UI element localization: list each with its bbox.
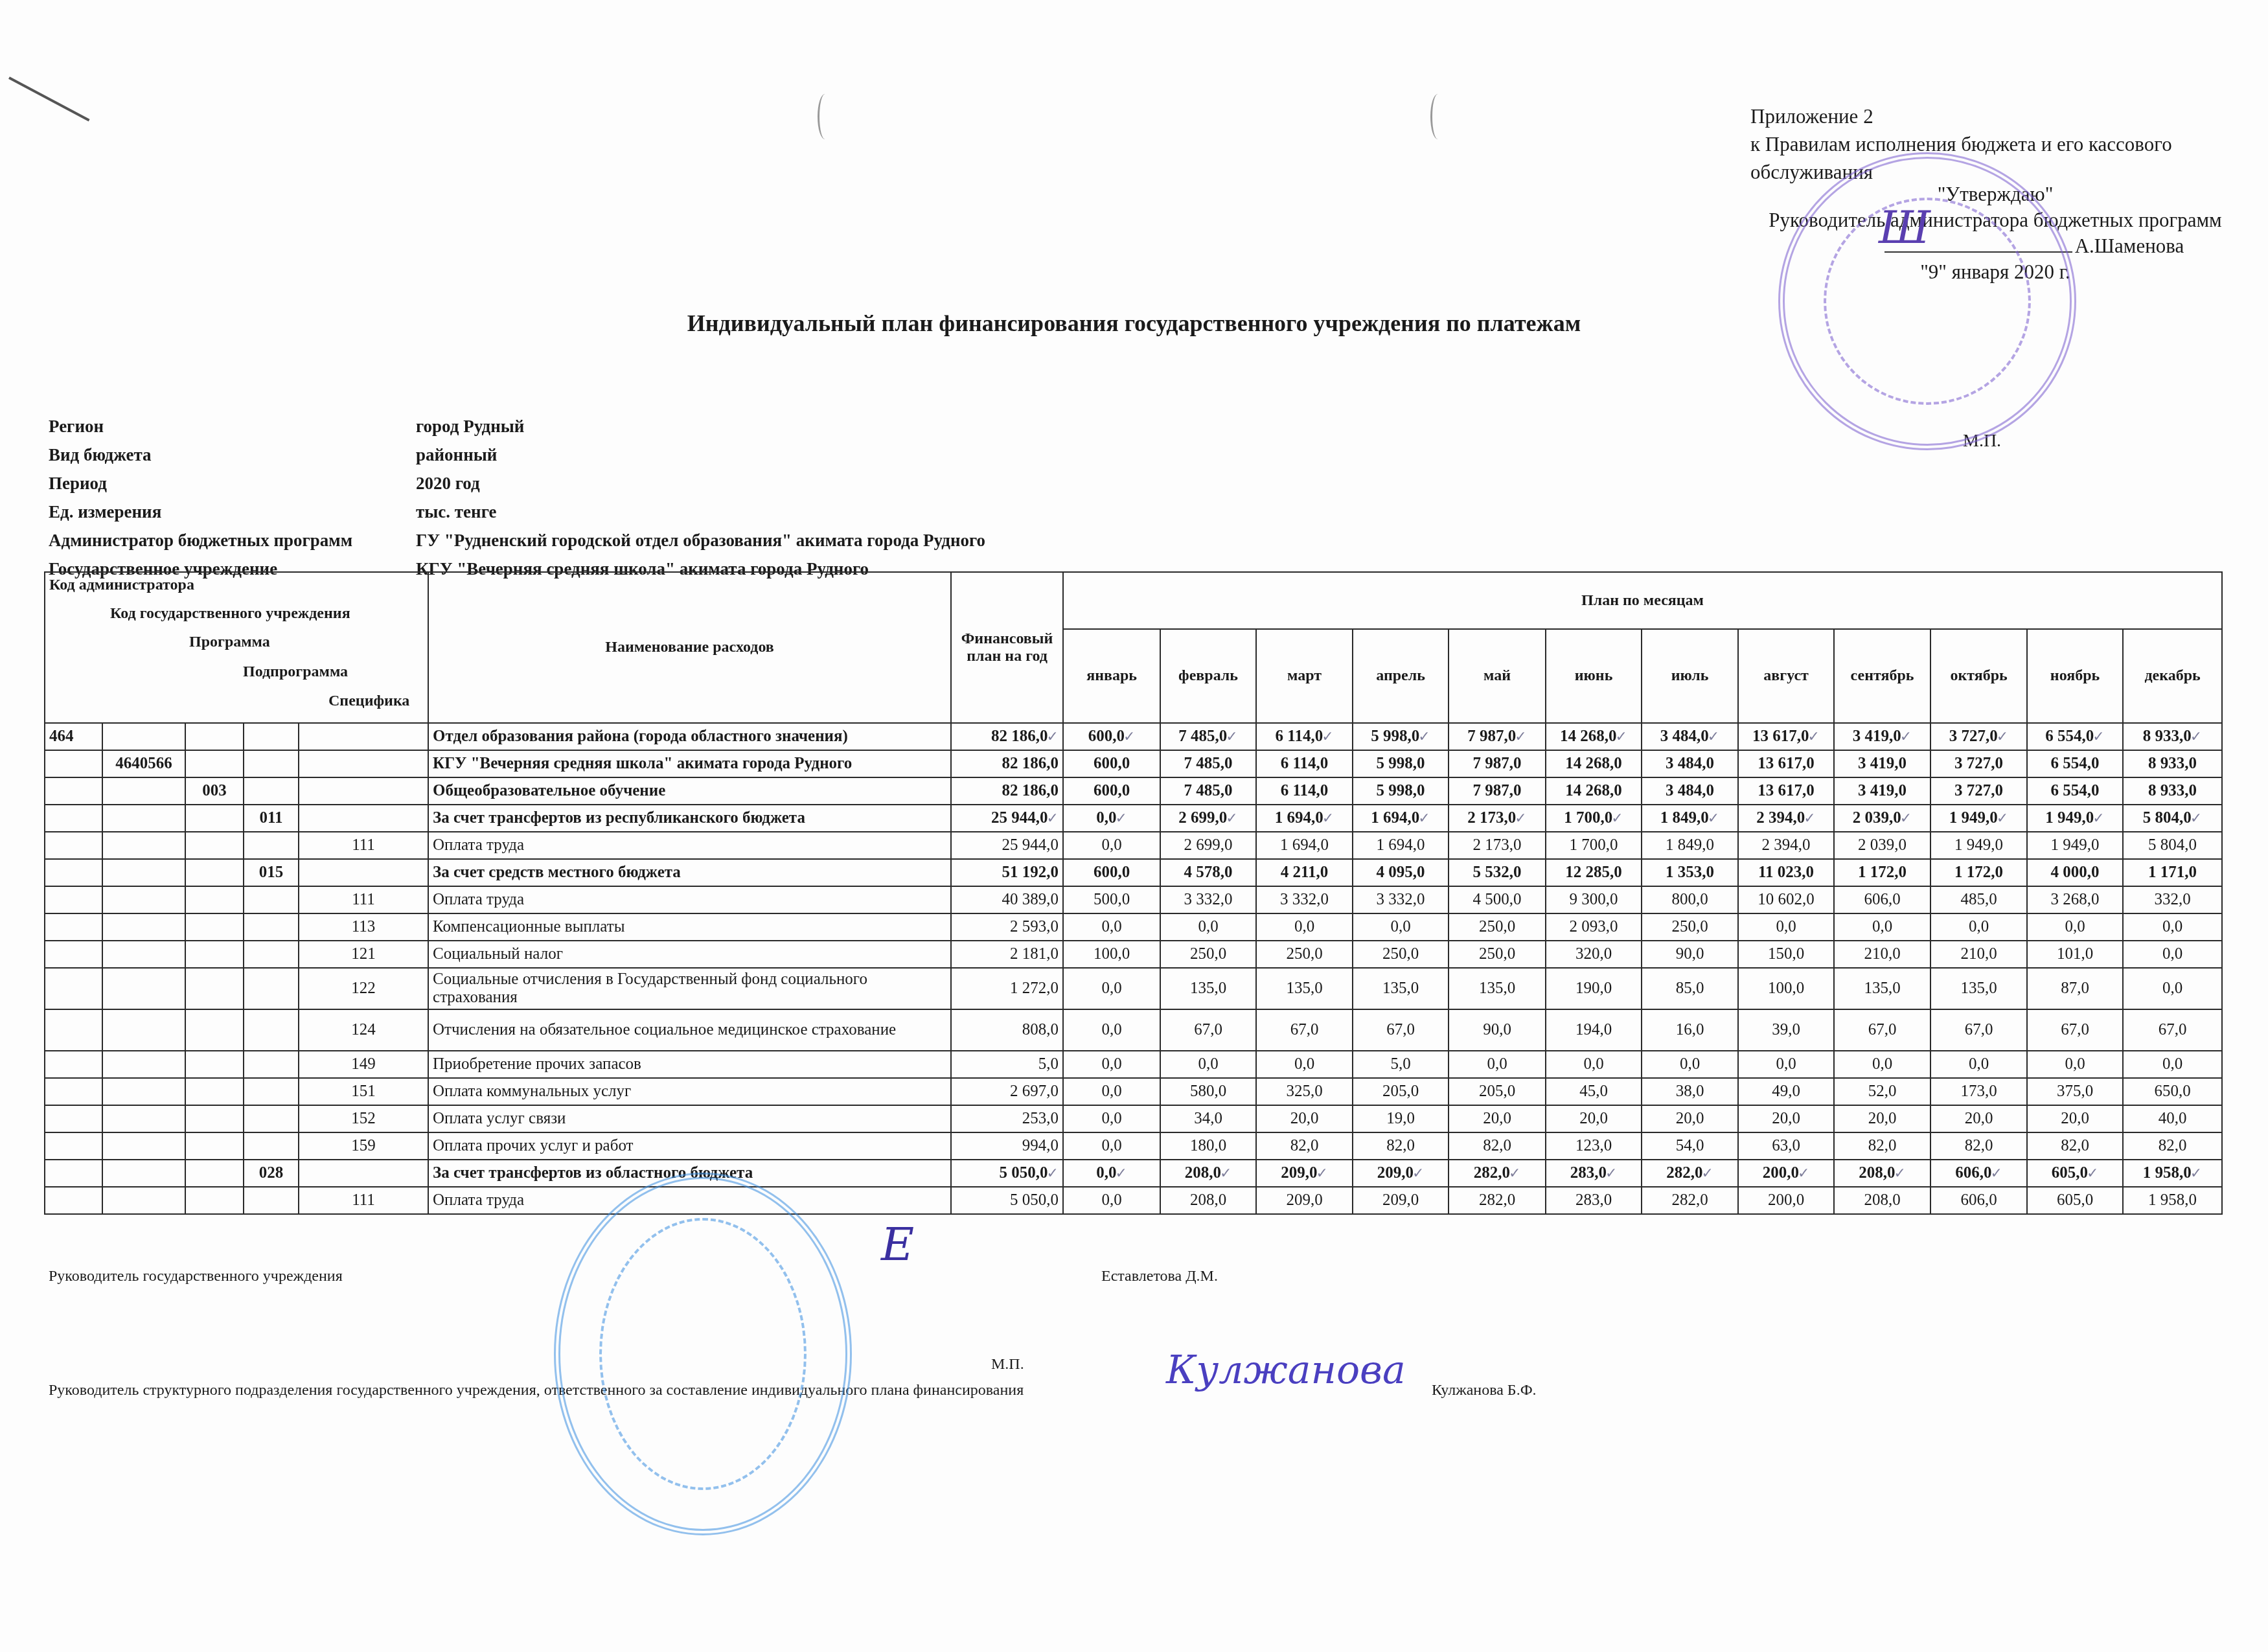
specific-code-cell — [299, 723, 428, 750]
admin-code-cell — [45, 832, 102, 859]
month-value-cell: 5 998,0✓ — [1353, 723, 1449, 750]
month-value-cell: 0,0 — [1834, 1051, 1930, 1078]
check-mark-icon: ✓ — [2092, 728, 2104, 744]
month-value-cell: 6 114,0✓ — [1256, 723, 1353, 750]
expense-name-cell: Отчисления на обязательное социальное ме… — [428, 1009, 951, 1051]
subprogram-code-cell — [244, 968, 299, 1009]
month-value-cell: 123,0 — [1546, 1132, 1642, 1160]
check-mark-icon: ✓ — [2190, 1165, 2202, 1181]
check-mark-icon: ✓ — [1701, 1165, 1713, 1181]
subprogram-code-cell — [244, 777, 299, 805]
specific-code-cell: 111 — [299, 832, 428, 859]
table-row: 111Оплата труда40 389,0500,03 332,03 332… — [45, 886, 2222, 913]
check-mark-icon: ✓ — [1900, 728, 1912, 744]
month-value: 0,0 — [1101, 1021, 1121, 1038]
month-value-cell: 375,0 — [2027, 1078, 2123, 1105]
specific-code-cell — [299, 1160, 428, 1187]
month-value-cell: 3 484,0 — [1642, 777, 1738, 805]
program-code-cell — [185, 859, 244, 886]
month-value: 11 023,0 — [1758, 864, 1814, 881]
month-value-cell: 209,0✓ — [1256, 1160, 1353, 1187]
month-value-cell: 3 332,0 — [1353, 886, 1449, 913]
month-value-cell: 0,0 — [1063, 1078, 1160, 1105]
footer-stamp-label: М.П. — [991, 1356, 1024, 1373]
month-value: 1 700,0 — [1564, 809, 1612, 827]
month-value-cell: 135,0 — [1449, 968, 1546, 1009]
month-value-cell: 194,0 — [1546, 1009, 1642, 1051]
month-value-cell: 13 617,0✓ — [1738, 723, 1834, 750]
month-value-cell: 100,0 — [1738, 968, 1834, 1009]
month-value: 0,0 — [1101, 1055, 1121, 1073]
appendix-line: к Правилам исполнения бюджета и его касс… — [1750, 130, 2204, 158]
expense-name-cell: Социальный налог — [428, 941, 951, 968]
month-value-cell: 0,0 — [1256, 1051, 1353, 1078]
month-value: 250,0 — [1286, 945, 1322, 963]
month-value-cell: 5 804,0 — [2123, 832, 2222, 859]
month-value: 20,0 — [1772, 1110, 1800, 1127]
month-value: 20,0 — [1965, 1110, 1993, 1127]
month-value-cell: 4 095,0 — [1353, 859, 1449, 886]
month-value-cell: 7 987,0 — [1449, 777, 1546, 805]
institution-code-cell: 4640566 — [102, 750, 185, 777]
month-value-cell: 1 700,0 — [1546, 832, 1642, 859]
table-row: 151Оплата коммунальных услуг2 697,00,058… — [45, 1078, 2222, 1105]
month-value: 82,0 — [1290, 1137, 1319, 1154]
month-value: 40,0 — [2159, 1110, 2187, 1127]
annual-value: 51 192,0 — [1002, 864, 1059, 881]
month-value: 82,0 — [2061, 1137, 2089, 1154]
month-value-cell: 0,0 — [1063, 1105, 1160, 1132]
month-value: 282,0 — [1671, 1191, 1708, 1209]
month-value-cell: 2 039,0 — [1834, 832, 1930, 859]
month-value: 205,0 — [1479, 1083, 1515, 1100]
month-value-cell: 67,0 — [1834, 1009, 1930, 1051]
month-value-cell: 14 268,0✓ — [1546, 723, 1642, 750]
program-code-cell — [185, 805, 244, 832]
approve-date: "9" января 2020 г. — [1749, 259, 2241, 285]
month-value: 209,0 — [1377, 1164, 1414, 1182]
month-value: 0,0 — [1101, 1083, 1121, 1100]
month-value: 1 949,0 — [1949, 809, 1998, 827]
month-value: 210,0 — [1864, 945, 1900, 963]
month-value: 282,0 — [1474, 1164, 1510, 1182]
subprogram-code-cell: 015 — [244, 859, 299, 886]
month-value: 1 353,0 — [1666, 864, 1714, 881]
month-value: 580,0 — [1190, 1083, 1226, 1100]
month-value-cell: 0,0 — [1353, 913, 1449, 941]
month-value-cell: 0,0 — [1449, 1051, 1546, 1078]
check-mark-icon: ✓ — [1509, 1165, 1520, 1181]
month-value-cell: 600,0 — [1063, 750, 1160, 777]
month-value: 0,0 — [2162, 945, 2182, 963]
month-value-cell: 1 694,0✓ — [1353, 805, 1449, 832]
month-value-cell: 34,0 — [1160, 1105, 1256, 1132]
program-code-cell — [185, 1187, 244, 1214]
meta-label: Администратор бюджетных программ — [49, 531, 416, 551]
month-value: 5 804,0 — [2143, 809, 2192, 827]
month-value: 6 554,0 — [2051, 755, 2100, 772]
month-value-cell: 282,0✓ — [1642, 1160, 1738, 1187]
month-value-cell: 11 023,0 — [1738, 859, 1834, 886]
month-value-cell: 7 987,0✓ — [1449, 723, 1546, 750]
month-value-cell: 82,0 — [1353, 1132, 1449, 1160]
month-value-cell: 20,0 — [1546, 1105, 1642, 1132]
annual-plan-cell: 253,0 — [951, 1105, 1063, 1132]
annual-value: 2 593,0 — [1010, 918, 1059, 935]
month-value: 208,0 — [1859, 1164, 1895, 1182]
institution-code-cell — [102, 913, 185, 941]
month-value: 2 173,0 — [1467, 809, 1516, 827]
month-value: 605,0 — [2052, 1164, 2088, 1182]
institution-code-cell — [102, 968, 185, 1009]
table-row: 113Компенсационные выплаты2 593,00,00,00… — [45, 913, 2222, 941]
month-value-cell: 205,0 — [1449, 1078, 1546, 1105]
program-code-cell — [185, 1160, 244, 1187]
meta-budget-type: Вид бюджетарайонный — [49, 441, 985, 469]
month-value-cell: 190,0 — [1546, 968, 1642, 1009]
month-value-cell: 40,0 — [2123, 1105, 2222, 1132]
month-value-cell: 67,0 — [1353, 1009, 1449, 1051]
month-value-cell: 600,0 — [1063, 777, 1160, 805]
annual-plan-cell: 994,0 — [951, 1132, 1063, 1160]
annual-value: 25 944,0 — [1002, 836, 1059, 854]
month-value-cell: 3 332,0 — [1256, 886, 1353, 913]
month-value-cell: 7 485,0 — [1160, 750, 1256, 777]
month-value: 14 268,0 — [1565, 782, 1622, 799]
expense-name-cell: Приобретение прочих запасов — [428, 1051, 951, 1078]
staple-mark — [8, 76, 89, 121]
month-value-cell: 209,0 — [1353, 1187, 1449, 1214]
header-expense-name: Наименование расходов — [428, 572, 951, 723]
month-value: 0,0 — [1294, 918, 1314, 935]
annual-value: 82 186,0 — [1002, 755, 1059, 772]
month-value-cell: 0,0 — [1738, 1051, 1834, 1078]
annual-plan-cell: 808,0 — [951, 1009, 1063, 1051]
month-value-cell: 135,0 — [1930, 968, 2027, 1009]
month-value: 2 039,0 — [1858, 836, 1907, 854]
header-month: декабрь — [2123, 629, 2222, 723]
month-value-cell: 250,0 — [1353, 941, 1449, 968]
month-value-cell: 13 617,0 — [1738, 750, 1834, 777]
month-value: 600,0 — [1094, 755, 1130, 772]
month-value: 200,0 — [1768, 1191, 1804, 1209]
approve-label: "Утверждаю" — [1749, 181, 2241, 207]
month-value-cell: 0,0 — [1930, 913, 2027, 941]
subprogram-code-cell — [244, 1187, 299, 1214]
table-row: 149Приобретение прочих запасов5,00,00,00… — [45, 1051, 2222, 1078]
month-value-cell: 250,0 — [1449, 941, 1546, 968]
month-value-cell: 20,0 — [1930, 1105, 2027, 1132]
annual-value: 82 186,0 — [991, 728, 1048, 745]
month-value-cell: 1 700,0✓ — [1546, 805, 1642, 832]
subprogram-code-cell — [244, 886, 299, 913]
month-value: 0,0 — [2065, 918, 2085, 935]
month-value-cell: 600,0✓ — [1063, 723, 1160, 750]
month-value-cell: 283,0 — [1546, 1187, 1642, 1214]
month-value-cell: 1 949,0 — [1930, 832, 2027, 859]
expense-name-cell: Оплата труда — [428, 886, 951, 913]
appendix-line: Приложение 2 — [1750, 102, 2204, 130]
table-row: 159Оплата прочих услуг и работ994,00,018… — [45, 1132, 2222, 1160]
check-mark-icon: ✓ — [1047, 728, 1059, 744]
month-value: 1 949,0 — [1954, 836, 2003, 854]
month-value-cell: 209,0 — [1256, 1187, 1353, 1214]
month-value-cell: 6 554,0 — [2027, 750, 2123, 777]
month-value: 600,0 — [1094, 864, 1130, 881]
meta-value: ГУ "Рудненский городской отдел образован… — [416, 531, 985, 551]
month-value-cell: 0,0 — [1256, 913, 1353, 941]
month-value: 2 699,0 — [1184, 836, 1233, 854]
month-value: 6 554,0 — [2051, 782, 2100, 799]
month-value-cell: 82,0 — [1256, 1132, 1353, 1160]
month-value: 135,0 — [1382, 980, 1419, 997]
month-value-cell: 2 173,0✓ — [1449, 805, 1546, 832]
approval-block: "Утверждаю" Руководитель администратора … — [1749, 181, 2241, 285]
month-value: 67,0 — [2159, 1021, 2187, 1038]
month-value-cell: 90,0 — [1449, 1009, 1546, 1051]
subprogram-code-cell — [244, 1078, 299, 1105]
table-row: 011За счет трансфертов из республиканско… — [45, 805, 2222, 832]
month-value: 1 958,0 — [2148, 1191, 2197, 1209]
check-mark-icon: ✓ — [1047, 1165, 1059, 1181]
month-value: 606,0 — [1864, 891, 1900, 908]
month-value-cell: 2 093,0 — [1546, 913, 1642, 941]
month-value-cell: 20,0 — [1738, 1105, 1834, 1132]
check-mark-icon: ✓ — [1605, 1165, 1617, 1181]
admin-code-cell — [45, 1160, 102, 1187]
table-row: 003Общеобразовательное обучение82 186,06… — [45, 777, 2222, 805]
month-value-cell: 200,0✓ — [1738, 1160, 1834, 1187]
month-value-cell: 283,0✓ — [1546, 1160, 1642, 1187]
month-value-cell: 0,0 — [1834, 913, 1930, 941]
specific-code-cell: 151 — [299, 1078, 428, 1105]
month-value: 250,0 — [1382, 945, 1419, 963]
month-value-cell: 5,0 — [1353, 1051, 1449, 1078]
month-value-cell: 332,0 — [2123, 886, 2222, 913]
annual-plan-cell: 40 389,0 — [951, 886, 1063, 913]
check-mark-icon: ✓ — [1997, 728, 2008, 744]
month-value: 67,0 — [1386, 1021, 1415, 1038]
month-value-cell: 3 419,0✓ — [1834, 723, 1930, 750]
month-value-cell: 0,0 — [2123, 913, 2222, 941]
month-value: 605,0 — [2057, 1191, 2093, 1209]
month-value-cell: 208,0 — [1834, 1187, 1930, 1214]
month-value-cell: 135,0 — [1834, 968, 1930, 1009]
table-row: 4640566КГУ "Вечерняя средняя школа" аким… — [45, 750, 2222, 777]
month-value-cell: 14 268,0 — [1546, 777, 1642, 805]
month-value-cell: 20,0 — [1642, 1105, 1738, 1132]
subprogram-code-cell: 011 — [244, 805, 299, 832]
head-name: Еставлетова Д.М. — [1101, 1268, 1218, 1285]
month-value: 0,0 — [1101, 918, 1121, 935]
month-value: 4 500,0 — [1473, 891, 1522, 908]
expense-name-cell: Оплата труда — [428, 832, 951, 859]
month-value: 6 114,0 — [1281, 755, 1329, 772]
month-value-cell: 1 172,0 — [1834, 859, 1930, 886]
month-value-cell: 208,0✓ — [1160, 1160, 1256, 1187]
admin-code-cell — [45, 750, 102, 777]
month-value: 7 987,0 — [1473, 782, 1522, 799]
expense-name-cell: За счет трансфертов из республиканского … — [428, 805, 951, 832]
month-value-cell: 14 268,0 — [1546, 750, 1642, 777]
month-value-cell: 605,0✓ — [2027, 1160, 2123, 1187]
month-value: 3 484,0 — [1666, 755, 1714, 772]
month-value: 0,0 — [1101, 980, 1121, 997]
month-value: 2 699,0 — [1178, 809, 1227, 827]
meta-unit: Ед. измерениятыс. тенге — [49, 498, 985, 526]
month-value-cell: 82,0 — [2027, 1132, 2123, 1160]
month-value-cell: 1 694,0 — [1256, 832, 1353, 859]
month-value: 8 933,0 — [2148, 755, 2197, 772]
institution-code-cell — [102, 1051, 185, 1078]
header-month: октябрь — [1930, 629, 2027, 723]
month-value: 135,0 — [1286, 980, 1322, 997]
month-value-cell: 135,0 — [1160, 968, 1256, 1009]
check-mark-icon: ✓ — [1220, 1165, 1231, 1181]
month-value: 135,0 — [1479, 980, 1515, 997]
check-mark-icon: ✓ — [1804, 810, 1815, 826]
month-value: 0,0 — [1294, 1055, 1314, 1073]
month-value-cell: 20,0 — [1256, 1105, 1353, 1132]
specific-code-cell: 122 — [299, 968, 428, 1009]
meta-value: районный — [416, 445, 497, 465]
month-value: 0,0 — [1872, 1055, 1892, 1073]
header-monthly-plan: План по месяцам — [1063, 572, 2222, 629]
financing-plan-table: Код администратора Код государственного … — [44, 571, 2223, 1215]
month-value: 6 554,0 — [2045, 728, 2094, 745]
month-value: 0,0 — [1101, 836, 1121, 854]
month-value: 0,0 — [1969, 918, 1989, 935]
table-row: 152Оплата услуг связи253,00,034,020,019,… — [45, 1105, 2222, 1132]
month-value: 0,0 — [1101, 1191, 1121, 1209]
month-value: 0,0 — [1096, 809, 1116, 827]
program-code-cell — [185, 1078, 244, 1105]
admin-code-cell — [45, 913, 102, 941]
institution-code-cell — [102, 1078, 185, 1105]
table-row: 028За счет трансфертов из областного бюд… — [45, 1160, 2222, 1187]
month-value-cell: 8 933,0 — [2123, 750, 2222, 777]
subprogram-code-cell — [244, 1051, 299, 1078]
expense-name-cell: Социальные отчисления в Государственный … — [428, 968, 951, 1009]
table-row: 111Оплата труда25 944,00,02 699,01 694,0… — [45, 832, 2222, 859]
month-value: 800,0 — [1671, 891, 1708, 908]
annual-value: 25 944,0 — [991, 809, 1048, 827]
month-value-cell: 5 532,0 — [1449, 859, 1546, 886]
month-value-cell: 7 485,0 — [1160, 777, 1256, 805]
month-value-cell: 4 211,0 — [1256, 859, 1353, 886]
month-value: 282,0 — [1479, 1191, 1515, 1209]
admin-code-cell — [45, 1132, 102, 1160]
month-value-cell: 650,0 — [2123, 1078, 2222, 1105]
annual-plan-cell: 82 186,0✓ — [951, 723, 1063, 750]
month-value-cell: 82,0 — [1930, 1132, 2027, 1160]
month-value-cell: 3 484,0✓ — [1642, 723, 1738, 750]
month-value-cell: 90,0 — [1642, 941, 1738, 968]
month-value: 9 300,0 — [1570, 891, 1618, 908]
header-subprogram: Подпрограмма — [243, 663, 348, 681]
month-value-cell: 0,0 — [1642, 1051, 1738, 1078]
month-value: 1 949,0 — [2045, 809, 2094, 827]
specific-code-cell: 111 — [299, 886, 428, 913]
annual-plan-cell: 2 181,0 — [951, 941, 1063, 968]
expense-name-cell: Оплата коммунальных услуг — [428, 1078, 951, 1105]
check-mark-icon: ✓ — [1798, 1165, 1809, 1181]
check-mark-icon: ✓ — [1515, 728, 1526, 744]
month-value-cell: 3 727,0 — [1930, 750, 2027, 777]
annual-value: 82 186,0 — [1002, 782, 1059, 799]
month-value: 7 987,0 — [1467, 728, 1516, 745]
header-admin-code: Код администратора — [49, 577, 194, 594]
month-value: 0,0 — [1390, 918, 1410, 935]
month-value-cell: 606,0 — [1930, 1187, 2027, 1214]
month-value: 200,0 — [1763, 1164, 1799, 1182]
admin-code-cell: 464 — [45, 723, 102, 750]
month-value-cell: 63,0 — [1738, 1132, 1834, 1160]
month-value: 6 114,0 — [1276, 728, 1323, 745]
month-value: 67,0 — [1290, 1021, 1319, 1038]
month-value-cell: 100,0 — [1063, 941, 1160, 968]
month-value-cell: 0,0 — [1063, 1051, 1160, 1078]
program-code-cell: 003 — [185, 777, 244, 805]
month-value: 0,0 — [1776, 1055, 1796, 1073]
month-value-cell: 205,0 — [1353, 1078, 1449, 1105]
month-value-cell: 0,0 — [1930, 1051, 2027, 1078]
month-value-cell: 5 998,0 — [1353, 750, 1449, 777]
month-value-cell: 2 394,0✓ — [1738, 805, 1834, 832]
month-value: 90,0 — [1483, 1021, 1511, 1038]
month-value: 67,0 — [1194, 1021, 1222, 1038]
annual-value: 5,0 — [1038, 1055, 1059, 1073]
month-value: 85,0 — [1676, 980, 1704, 997]
month-value-cell: 5 998,0 — [1353, 777, 1449, 805]
month-value: 0,0 — [1101, 1110, 1121, 1127]
month-value-cell: 20,0 — [1834, 1105, 1930, 1132]
month-value-cell: 101,0 — [2027, 941, 2123, 968]
month-value: 3 484,0 — [1660, 728, 1709, 745]
month-value: 19,0 — [1386, 1110, 1415, 1127]
month-value: 282,0 — [1666, 1164, 1702, 1182]
month-value: 0,0 — [2162, 1055, 2182, 1073]
month-value: 67,0 — [1868, 1021, 1897, 1038]
expense-name-cell: КГУ "Вечерняя средняя школа" акимата гор… — [428, 750, 951, 777]
month-value: 52,0 — [1868, 1083, 1897, 1100]
month-value-cell: 605,0 — [2027, 1187, 2123, 1214]
approver-name: А.Шаменова — [2075, 235, 2184, 257]
month-value-cell: 1 694,0 — [1353, 832, 1449, 859]
month-value: 173,0 — [1960, 1083, 1997, 1100]
month-value: 1 700,0 — [1570, 836, 1618, 854]
month-value: 4 095,0 — [1377, 864, 1425, 881]
document-title: Индивидуальный план финансирования госуд… — [0, 310, 2268, 337]
month-value: 135,0 — [1864, 980, 1900, 997]
month-value-cell: 200,0 — [1738, 1187, 1834, 1214]
month-value: 0,0 — [2162, 980, 2182, 997]
month-value-cell: 6 114,0 — [1256, 750, 1353, 777]
month-value-cell: 250,0 — [1642, 913, 1738, 941]
month-value-cell: 1 958,0 — [2123, 1187, 2222, 1214]
month-value: 14 268,0 — [1565, 755, 1622, 772]
month-value-cell: 0,0 — [1063, 1009, 1160, 1051]
month-value-cell: 20,0 — [2027, 1105, 2123, 1132]
month-value-cell: 485,0 — [1930, 886, 2027, 913]
month-value: 3 419,0 — [1858, 755, 1907, 772]
annual-plan-cell: 5,0 — [951, 1051, 1063, 1078]
month-value: 1 694,0 — [1371, 809, 1419, 827]
meta-label: Ед. измерения — [49, 502, 416, 522]
month-value: 5,0 — [1390, 1055, 1410, 1073]
month-value: 7 485,0 — [1184, 782, 1233, 799]
header-month: май — [1449, 629, 1546, 723]
